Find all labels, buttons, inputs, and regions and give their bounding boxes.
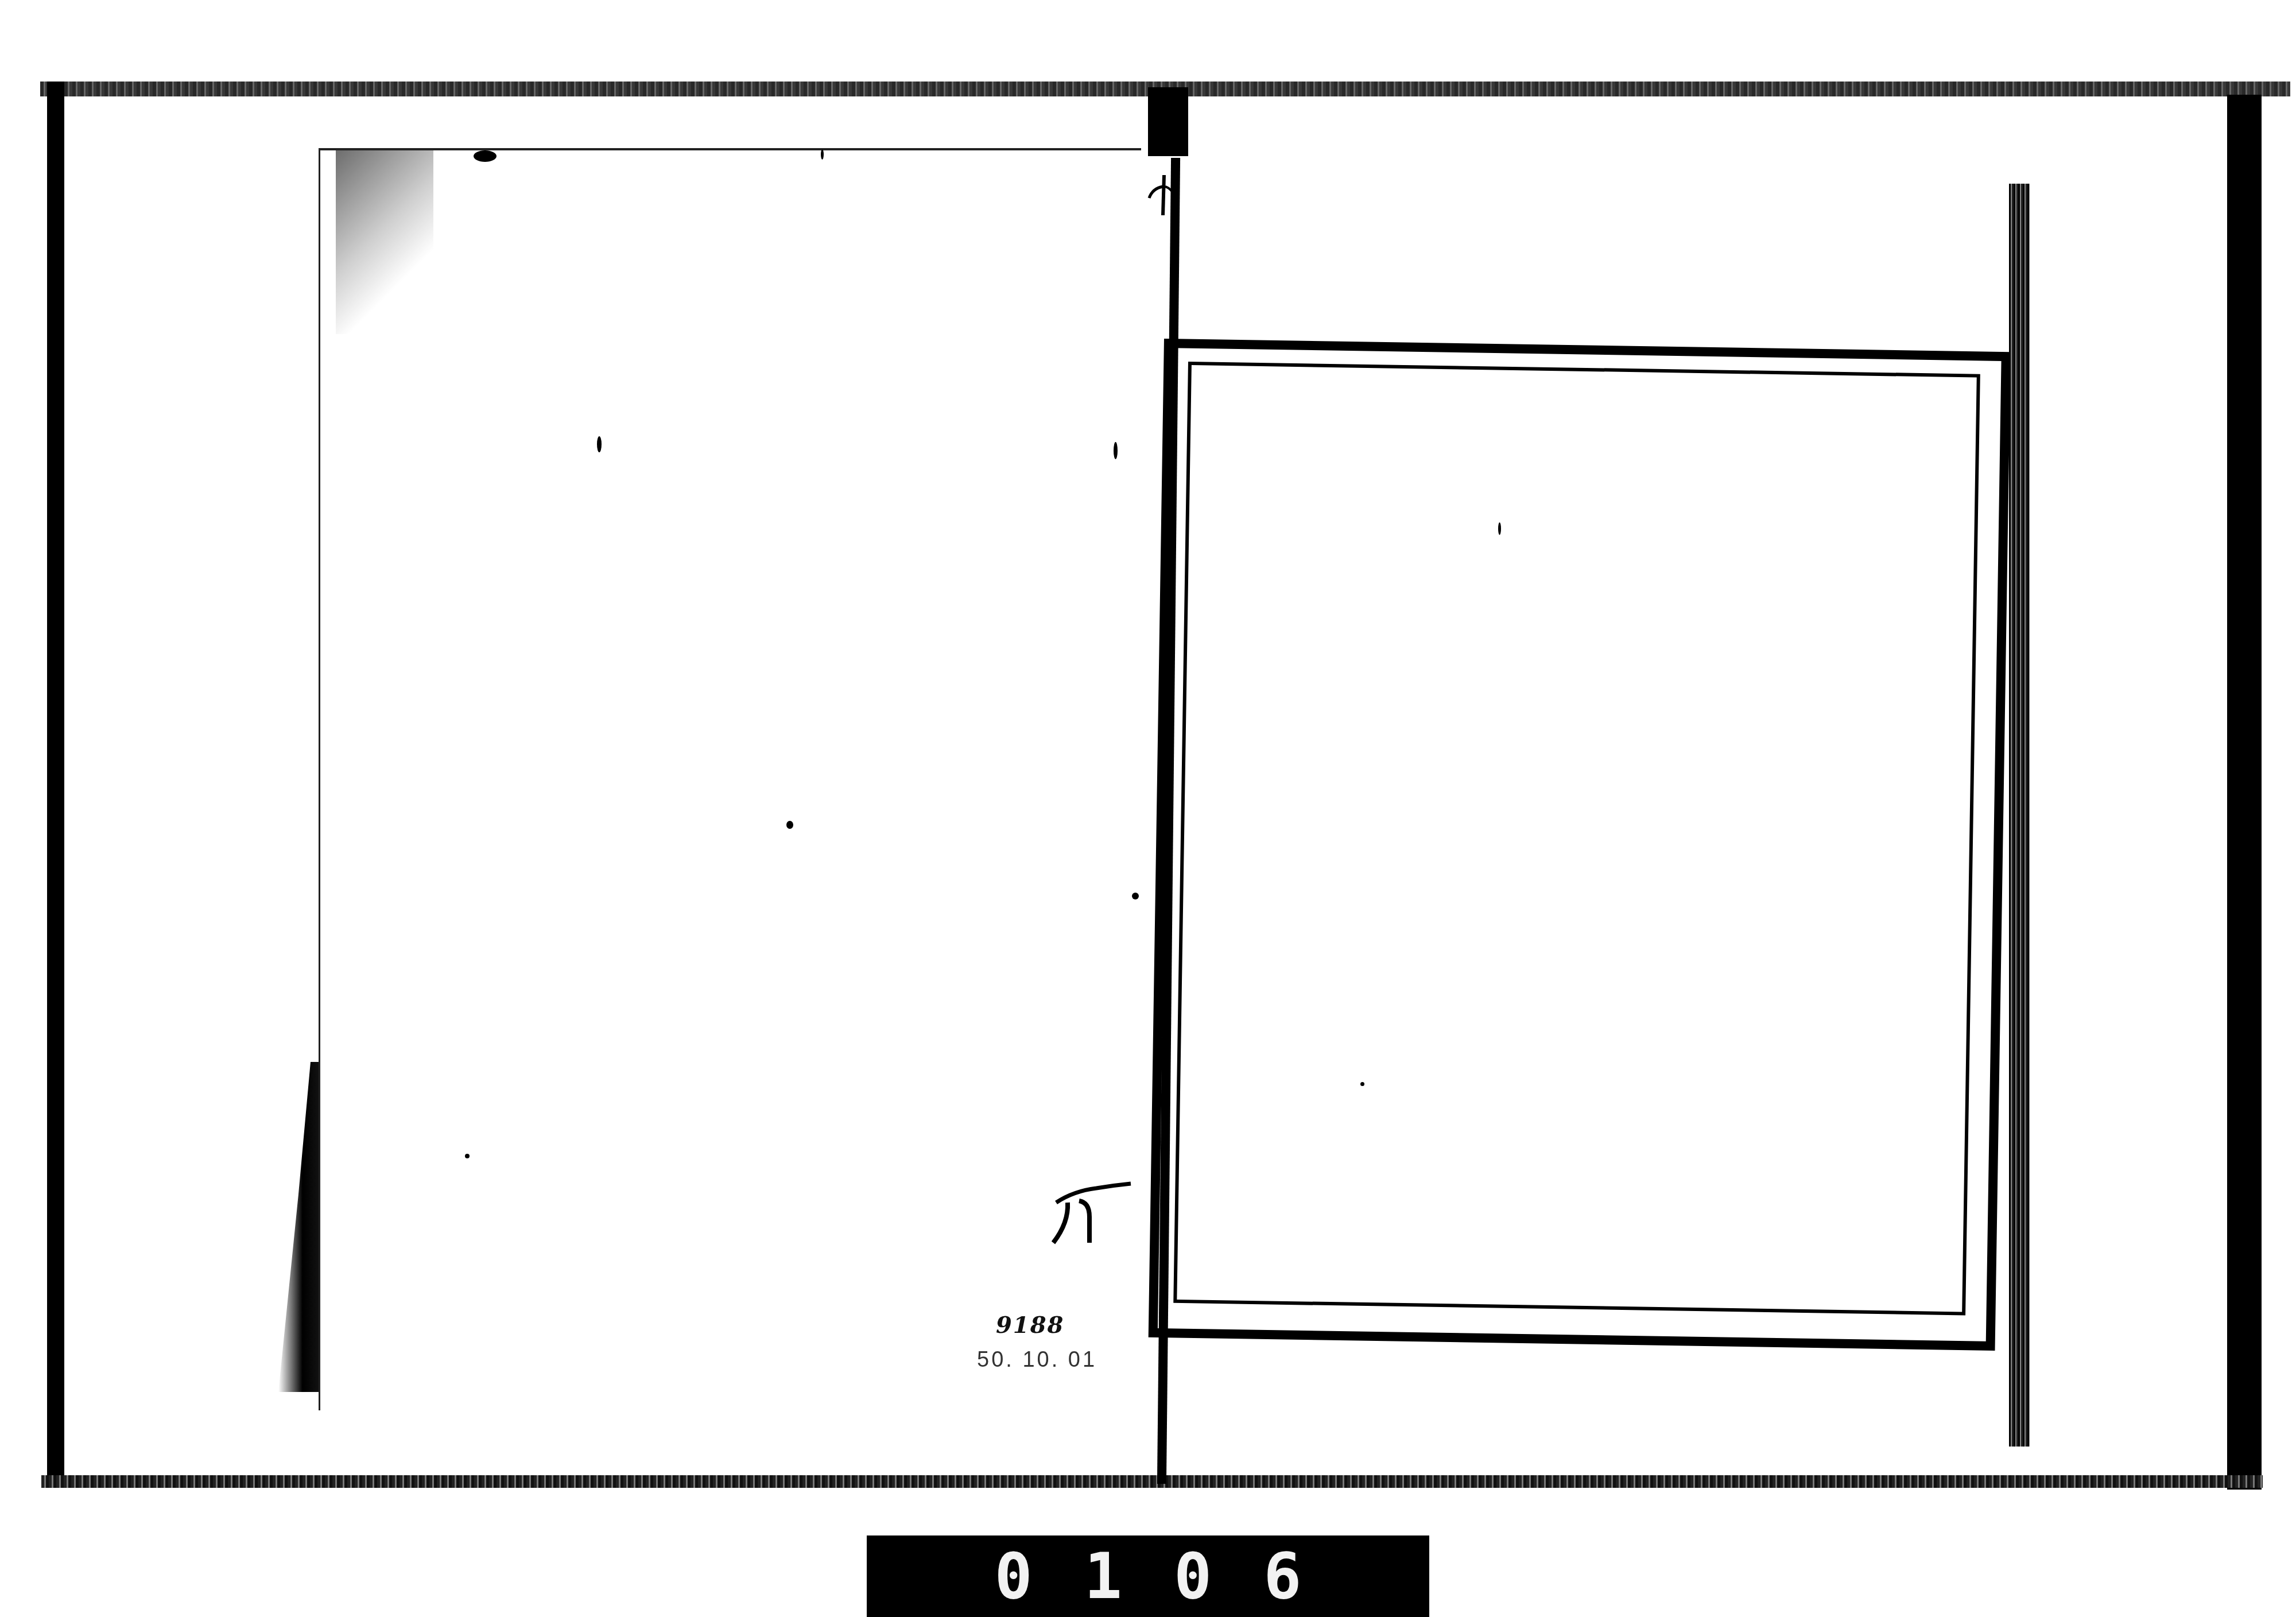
film-frame-bottom-edge bbox=[41, 1475, 2263, 1488]
speck bbox=[597, 436, 602, 452]
stamp-date: 50. 10. 01 bbox=[977, 1348, 1097, 1372]
speck bbox=[465, 1154, 470, 1158]
film-frame-right-edge bbox=[2227, 95, 2262, 1490]
speck bbox=[1360, 1082, 1364, 1086]
gutter-shadow bbox=[1148, 87, 1188, 156]
cover-inner-border bbox=[1173, 362, 1980, 1315]
speck bbox=[1498, 522, 1501, 535]
frame-counter: 0106 bbox=[867, 1535, 1429, 1617]
handwritten-mark-icon bbox=[1039, 1171, 1137, 1251]
speck bbox=[786, 821, 793, 829]
stamp-number: 9188 bbox=[996, 1312, 1064, 1339]
speck bbox=[474, 150, 497, 162]
binding-string-icon bbox=[1142, 172, 1188, 218]
speck bbox=[1114, 442, 1118, 459]
page-edges bbox=[2009, 184, 2030, 1447]
frame-counter-digits: 0106 bbox=[943, 1540, 1353, 1613]
speck bbox=[821, 149, 824, 160]
left-page-stain bbox=[336, 150, 433, 334]
speck bbox=[1132, 893, 1139, 899]
left-page bbox=[319, 148, 1141, 1410]
left-page-edge-shadow bbox=[278, 1062, 319, 1392]
film-frame-left-edge bbox=[47, 82, 64, 1482]
